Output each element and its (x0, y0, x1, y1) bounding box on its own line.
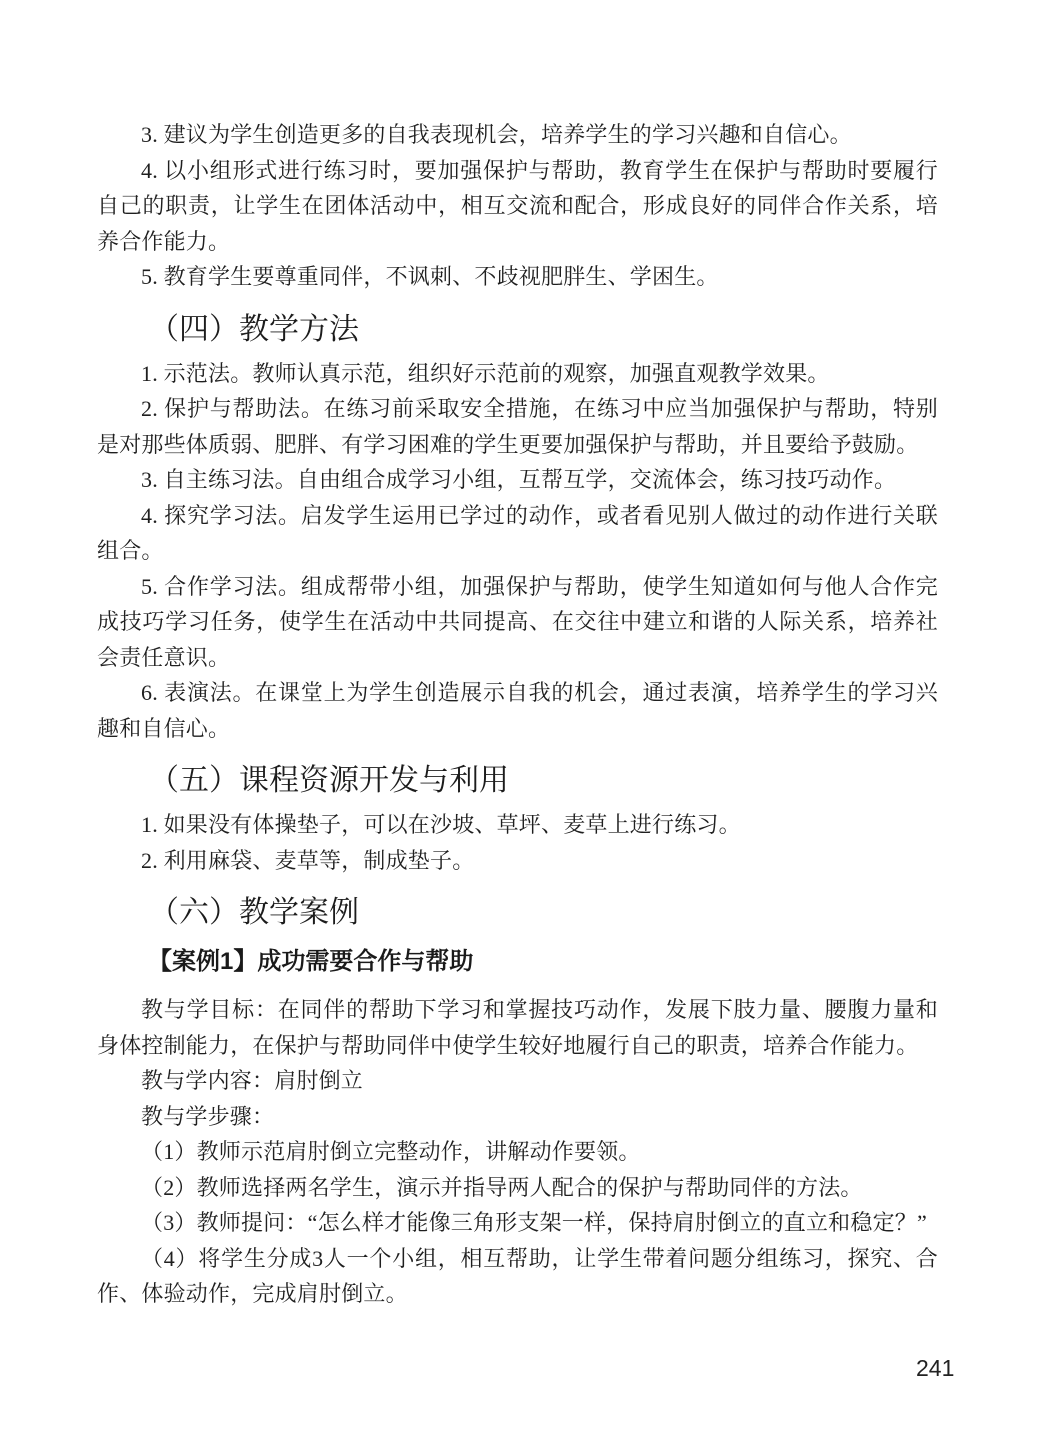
paragraph-case1-step-4: （4）将学生分成3人一个小组，相互帮助，让学生带着问题分组练习，探究、合作、体验… (97, 1241, 938, 1312)
paragraph-case1-step-1: （1）教师示范肩肘倒立完整动作，讲解动作要领。 (97, 1134, 938, 1170)
paragraph-intro-3: 3. 建议为学生创造更多的自我表现机会，培养学生的学习兴趣和自信心。 (97, 117, 938, 153)
section-heading-resources: （五）课程资源开发与利用 (97, 760, 938, 802)
paragraph-case1-steps-label: 教与学步骤： (97, 1099, 938, 1135)
paragraph-method-3: 3. 自主练习法。自由组合成学习小组，互帮互学，交流体会，练习技巧动作。 (97, 462, 938, 498)
section-heading-teaching-methods: （四）教学方法 (97, 309, 938, 351)
section-heading-cases: （六）教学案例 (97, 892, 938, 934)
paragraph-intro-4: 4. 以小组形式进行练习时，要加强保护与帮助，教育学生在保护与帮助时要履行自己的… (97, 153, 938, 260)
paragraph-intro-5: 5. 教育学生要尊重同伴，不讽刺、不歧视肥胖生、学困生。 (97, 259, 938, 295)
paragraph-case1-goal: 教与学目标：在同伴的帮助下学习和掌握技巧动作，发展下肢力量、腰腹力量和身体控制能… (97, 992, 938, 1063)
document-page: 3. 建议为学生创造更多的自我表现机会，培养学生的学习兴趣和自信心。 4. 以小… (0, 0, 1038, 1452)
paragraph-method-1: 1. 示范法。教师认真示范，组织好示范前的观察，加强直观教学效果。 (97, 356, 938, 392)
paragraph-case1-content: 教与学内容：肩肘倒立 (97, 1063, 938, 1099)
paragraph-case1-step-2: （2）教师选择两名学生，演示并指导两人配合的保护与帮助同伴的方法。 (97, 1170, 938, 1206)
paragraph-resource-2: 2. 利用麻袋、麦草等，制成垫子。 (97, 843, 938, 879)
paragraph-resource-1: 1. 如果没有体操垫子，可以在沙坡、草坪、麦草上进行练习。 (97, 807, 938, 843)
page-number: 241 (916, 1354, 954, 1382)
page-content: 3. 建议为学生创造更多的自我表现机会，培养学生的学习兴趣和自信心。 4. 以小… (97, 117, 938, 1312)
paragraph-method-4: 4. 探究学习法。启发学生运用已学过的动作，或者看见别人做过的动作进行关联组合。 (97, 498, 938, 569)
paragraph-method-6: 6. 表演法。在课堂上为学生创造展示自我的机会，通过表演，培养学生的学习兴趣和自… (97, 675, 938, 746)
paragraph-case1-step-3: （3）教师提问：“怎么样才能像三角形支架一样，保持肩肘倒立的直立和稳定？” (97, 1205, 938, 1241)
case1-title: 【案例1】成功需要合作与帮助 (97, 944, 938, 980)
paragraph-method-2: 2. 保护与帮助法。在练习前采取安全措施，在练习中应当加强保护与帮助，特别是对那… (97, 391, 938, 462)
paragraph-method-5: 5. 合作学习法。组成帮带小组，加强保护与帮助，使学生知道如何与他人合作完成技巧… (97, 569, 938, 676)
